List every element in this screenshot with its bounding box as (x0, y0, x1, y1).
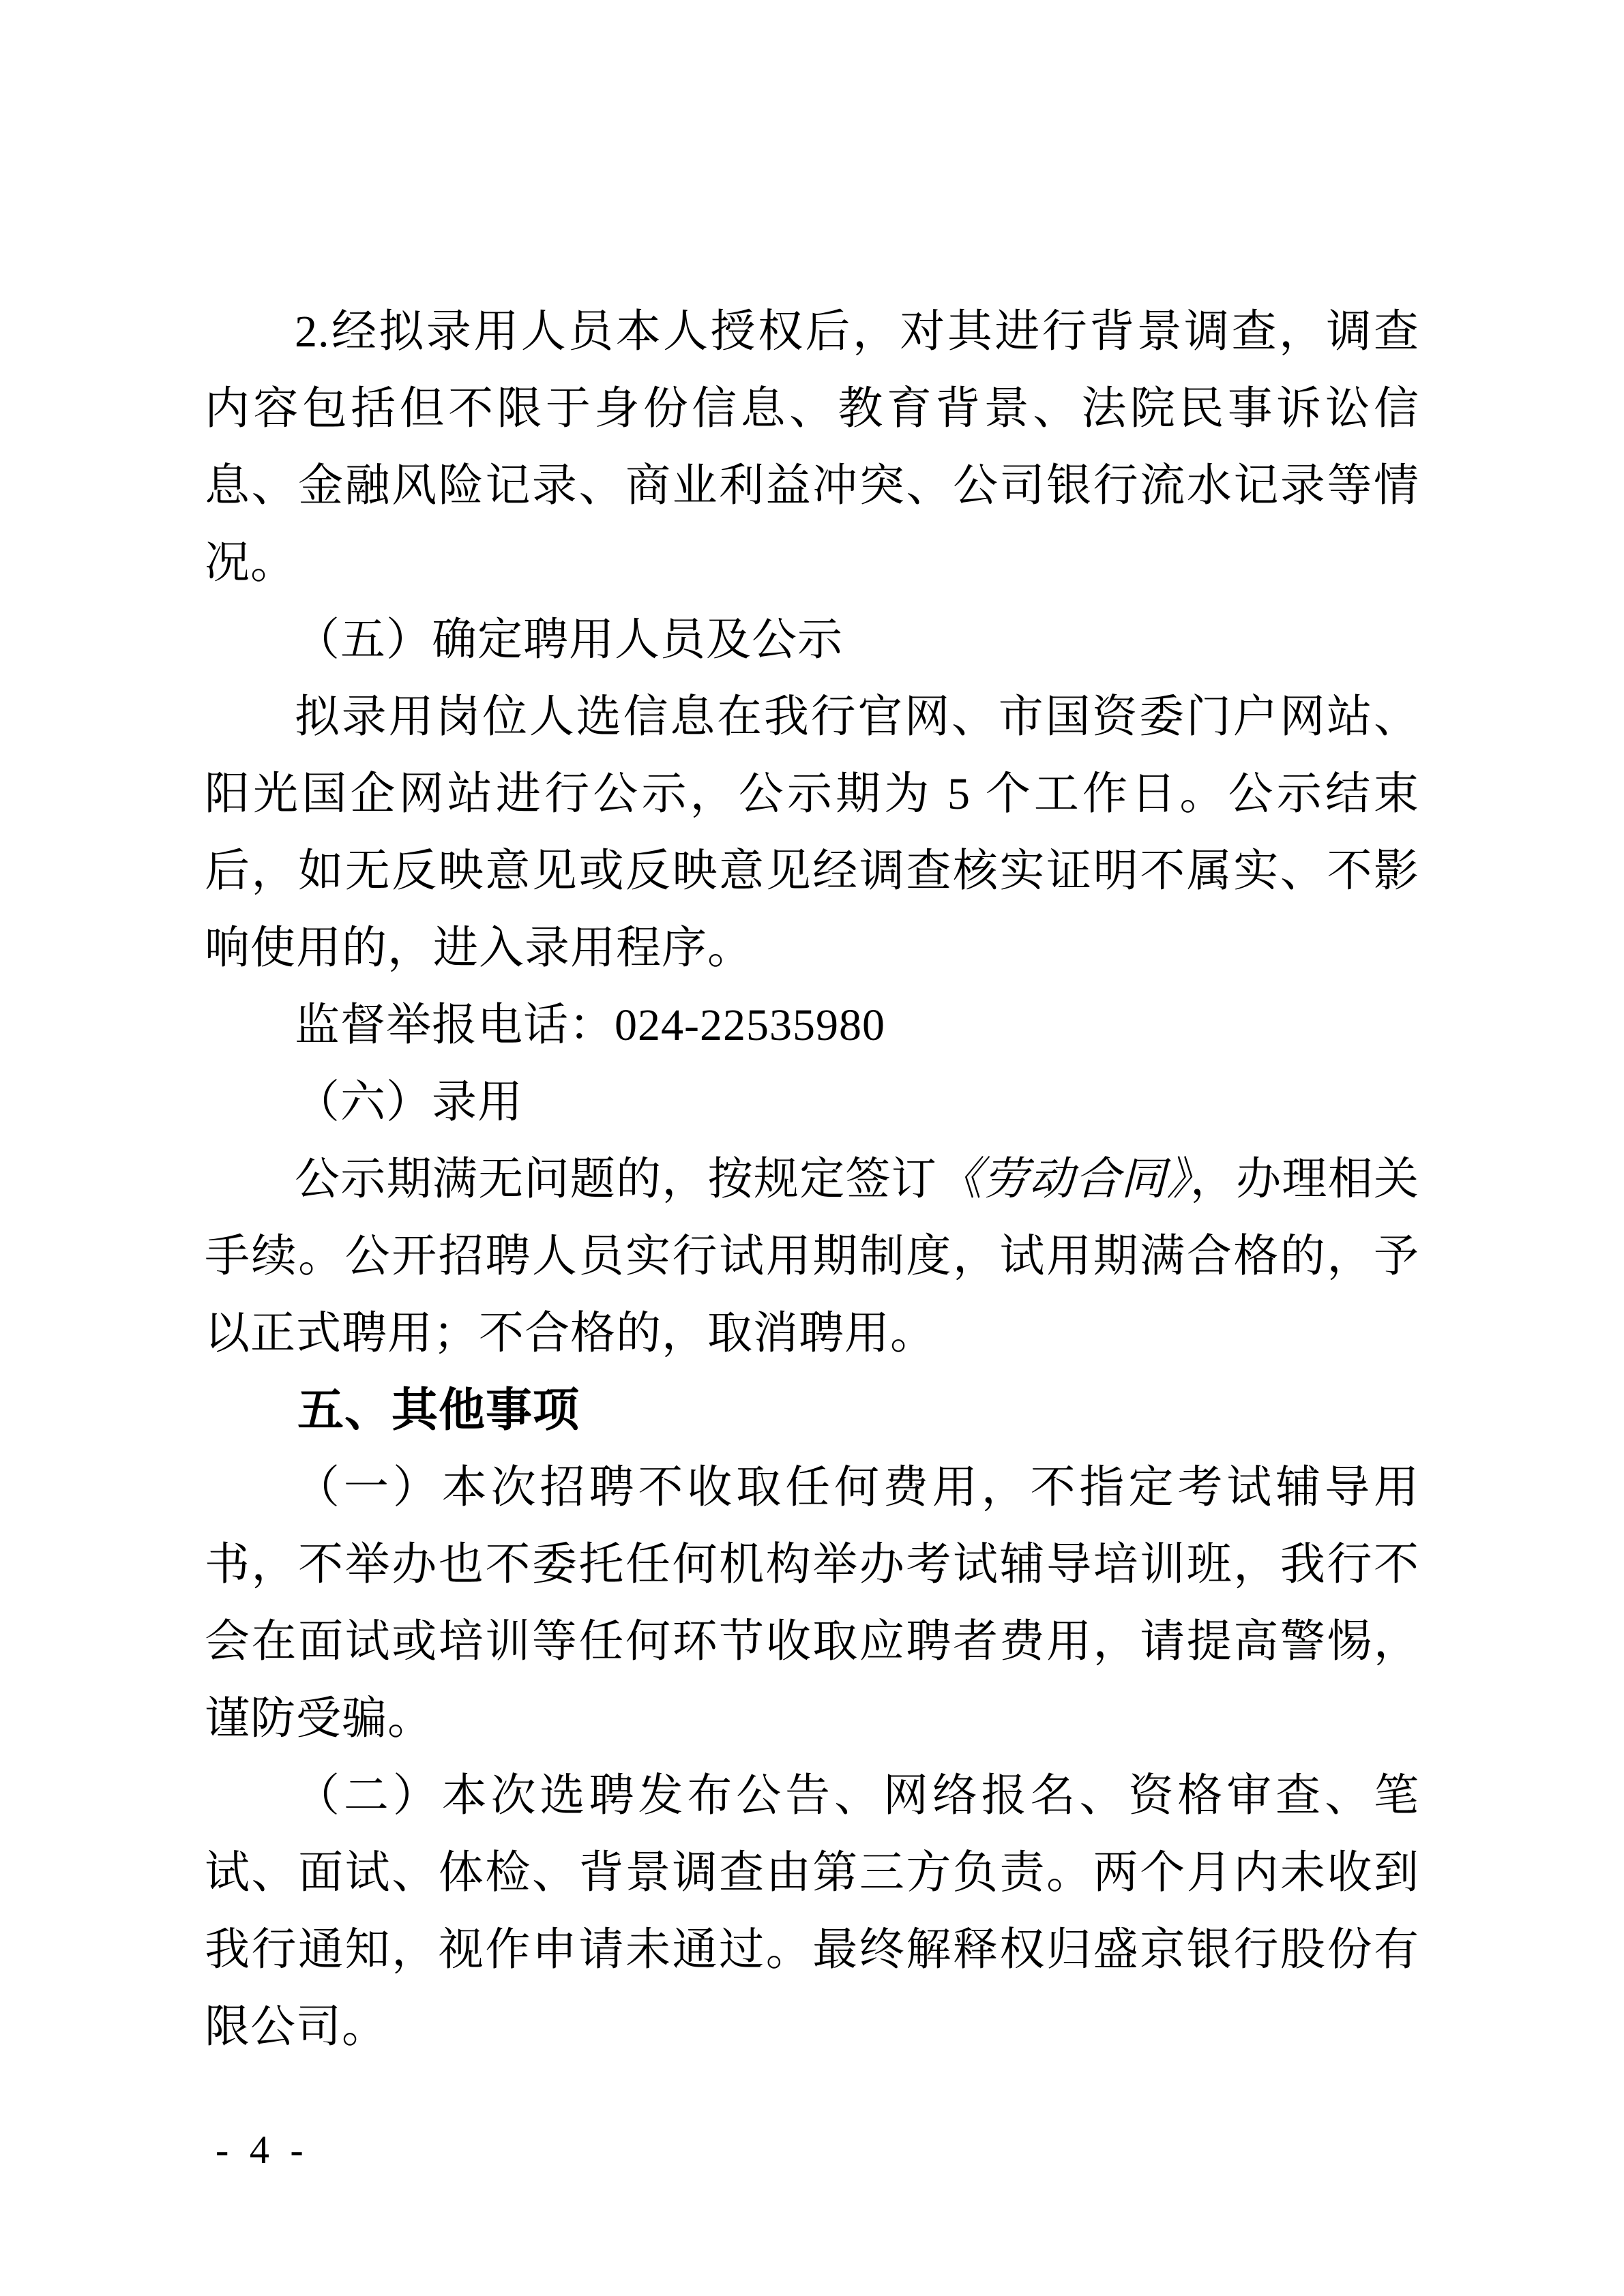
paragraph-no-fees-warning: （一）本次招聘不收取任何费用，不指定考试辅导用书，不举办也不委托任何机构举办考试… (205, 1449, 1419, 1757)
paragraph-supervision-hotline: 监督举报电话：024-22535980 (205, 987, 1419, 1064)
text-run: 公示期满无问题的，按规定签订 (295, 1154, 937, 1204)
heading-section-other-matters: 五、其他事项 (205, 1372, 1419, 1449)
paragraph-publicity-period: 拟录用岗位人选信息在我行官网、市国资委门户网站、阳光国企网站进行公示，公示期为 … (205, 679, 1419, 987)
heading-section-six-employment: （六）录用 (205, 1064, 1419, 1141)
page-footer: - 4 - (216, 2126, 309, 2174)
paragraph-third-party-responsibility: （二）本次选聘发布公告、网络报名、资格审查、笔试、面试、体检、背景调查由第三方负… (205, 1757, 1419, 2066)
document-page: 2.经拟录用人员本人授权后，对其进行背景调查，调查内容包括但不限于身份信息、教育… (0, 0, 1624, 2296)
paragraph-background-check: 2.经拟录用人员本人授权后，对其进行背景调查，调查内容包括但不限于身份信息、教育… (205, 293, 1419, 601)
document-body: 2.经拟录用人员本人授权后，对其进行背景调查，调查内容包括但不限于身份信息、教育… (205, 293, 1419, 2066)
book-title-labor-contract: 《劳动合同》 (937, 1154, 1190, 1204)
paragraph-employment-contract: 公示期满无问题的，按规定签订《劳动合同》，办理相关手续。公开招聘人员实行试用期制… (205, 1141, 1419, 1372)
page-number: - 4 - (216, 2128, 309, 2172)
heading-section-five-confirm-and-publicity: （五）确定聘用人员及公示 (205, 601, 1419, 679)
